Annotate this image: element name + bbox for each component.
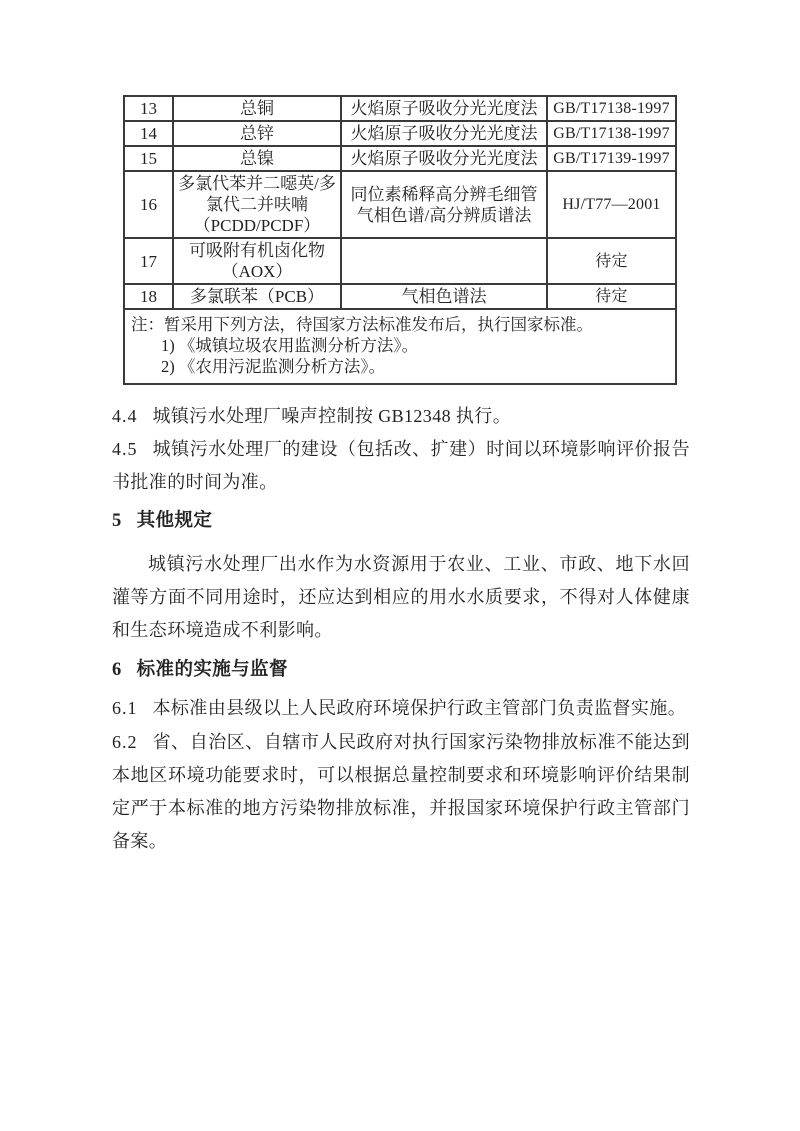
section-title: 标准的实施与监督 bbox=[137, 660, 288, 680]
cell-standard: HJ/T77—2001 bbox=[547, 171, 676, 238]
document-page: 13 总铜 火焰原子吸收分光光度法 GB/T17138-1997 14 总锌 火… bbox=[0, 0, 800, 1131]
cell-method: 火焰原子吸收分光光度法 bbox=[341, 96, 547, 121]
clause-4-5: 4.5城镇污水处理厂的建设（包括改、扩建）时间以环境影响评价报告书批准的时间为准… bbox=[112, 433, 690, 499]
clause-text: 城镇污水处理厂噪声控制按 GB12348 执行。 bbox=[153, 406, 512, 426]
table-row: 14 总锌 火焰原子吸收分光光度法 GB/T17138-1997 bbox=[124, 121, 676, 146]
cell-seq: 17 bbox=[124, 238, 173, 284]
section-6-heading: 6标准的实施与监督 bbox=[112, 654, 690, 687]
clause-4-4: 4.4城镇污水处理厂噪声控制按 GB12348 执行。 bbox=[112, 400, 690, 433]
cell-method bbox=[341, 238, 547, 284]
table-row: 16 多氯代苯并二噁英/多 氯代二并呋喃 （PCDD/PCDF） 同位素稀释高分… bbox=[124, 171, 676, 238]
analysis-method-table: 13 总铜 火焰原子吸收分光光度法 GB/T17138-1997 14 总锌 火… bbox=[123, 95, 677, 385]
clause-number: 6.2 bbox=[112, 732, 138, 752]
cell-method: 同位素稀释高分辨毛细管 气相色谱/高分辨质谱法 bbox=[341, 171, 547, 238]
section-title: 其他规定 bbox=[137, 511, 213, 531]
cell-item-name: 总锌 bbox=[173, 121, 341, 146]
clause-6-2: 6.2省、自治区、自辖市人民政府对执行国家污染物排放标准不能达到本地区环境功能要… bbox=[112, 726, 690, 858]
cell-method: 气相色谱法 bbox=[341, 284, 547, 309]
cell-standard: GB/T17138-1997 bbox=[547, 121, 676, 146]
cell-item-name: 总铜 bbox=[173, 96, 341, 121]
clause-text: 本标准由县级以上人民政府环境保护行政主管部门负责监督实施。 bbox=[153, 698, 687, 718]
table-note-cell: 注：暂采用下列方法，待国家方法标准发布后，执行国家标准。 1) 《城镇垃圾农用监… bbox=[124, 309, 676, 384]
clause-6-1: 6.1本标准由县级以上人民政府环境保护行政主管部门负责监督实施。 bbox=[112, 692, 690, 725]
cell-seq: 15 bbox=[124, 146, 173, 171]
cell-seq: 18 bbox=[124, 284, 173, 309]
cell-standard: 待定 bbox=[547, 284, 676, 309]
cell-method: 火焰原子吸收分光光度法 bbox=[341, 121, 547, 146]
table-row: 17 可吸附有机卤化物 （AOX） 待定 bbox=[124, 238, 676, 284]
section-number: 6 bbox=[112, 660, 122, 680]
table-note-item: 2) 《农用污泥监测分析方法》。 bbox=[131, 356, 667, 377]
cell-standard: 待定 bbox=[547, 238, 676, 284]
table-row: 18 多氯联苯（PCB） 气相色谱法 待定 bbox=[124, 284, 676, 309]
table-note-item: 1) 《城镇垃圾农用监测分析方法》。 bbox=[131, 335, 667, 356]
section-5-heading: 5其他规定 bbox=[112, 505, 690, 538]
cell-standard: GB/T17139-1997 bbox=[547, 146, 676, 171]
table-note-intro: 注：暂采用下列方法，待国家方法标准发布后，执行国家标准。 bbox=[131, 314, 667, 335]
table-row: 13 总铜 火焰原子吸收分光光度法 GB/T17138-1997 bbox=[124, 96, 676, 121]
section-5-paragraph: 城镇污水处理厂出水作为水资源用于农业、工业、市政、地下水回灌等方面不同用途时，还… bbox=[112, 548, 690, 647]
clause-number: 6.1 bbox=[112, 698, 138, 718]
cell-seq: 13 bbox=[124, 96, 173, 121]
clause-text: 省、自治区、自辖市人民政府对执行国家污染物排放标准不能达到本地区环境功能要求时，… bbox=[112, 732, 690, 851]
cell-seq: 14 bbox=[124, 121, 173, 146]
cell-item-name: 多氯联苯（PCB） bbox=[173, 284, 341, 309]
table-note-row: 注：暂采用下列方法，待国家方法标准发布后，执行国家标准。 1) 《城镇垃圾农用监… bbox=[124, 309, 676, 384]
table-row: 15 总镍 火焰原子吸收分光光度法 GB/T17139-1997 bbox=[124, 146, 676, 171]
cell-seq: 16 bbox=[124, 171, 173, 238]
cell-standard: GB/T17138-1997 bbox=[547, 96, 676, 121]
clause-number: 4.5 bbox=[112, 439, 138, 459]
cell-item-name: 多氯代苯并二噁英/多 氯代二并呋喃 （PCDD/PCDF） bbox=[173, 171, 341, 238]
cell-item-name: 可吸附有机卤化物 （AOX） bbox=[173, 238, 341, 284]
cell-method: 火焰原子吸收分光光度法 bbox=[341, 146, 547, 171]
cell-item-name: 总镍 bbox=[173, 146, 341, 171]
clause-number: 4.4 bbox=[112, 406, 138, 426]
section-number: 5 bbox=[112, 511, 122, 531]
clause-text: 城镇污水处理厂的建设（包括改、扩建）时间以环境影响评价报告书批准的时间为准。 bbox=[112, 439, 690, 492]
